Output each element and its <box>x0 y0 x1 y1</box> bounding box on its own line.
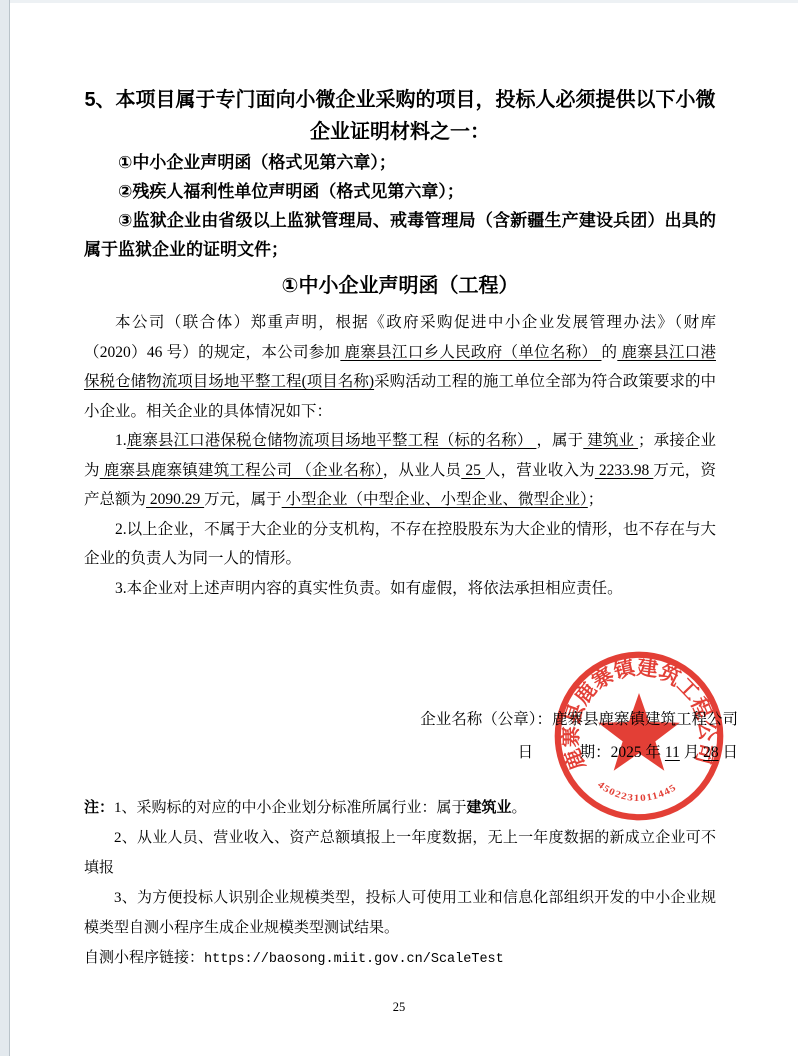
declaration-point-1: 1.鹿寨县江口港保税仓储物流项目场地平整工程（标的名称） ，属于 建筑业 ；承接… <box>84 426 716 515</box>
company-name-value: 鹿寨县鹿寨镇建筑工程公司 <box>552 711 738 728</box>
company-name-line: 企业名称（公章）：鹿寨县鹿寨镇建筑工程公司 <box>84 703 738 736</box>
note-3: 3、为方便投标人识别企业规模类型，投标人可使用工业和信息化部组织开发的中小企业规… <box>84 883 716 943</box>
company-name-label: 企业名称（公章）： <box>420 711 552 728</box>
signature-block: 企业名称（公章）：鹿寨县鹿寨镇建筑工程公司 日 期：2025 年 11 月 28… <box>84 703 738 769</box>
document-page: { "page": { "number": "25" }, "colors": … <box>0 0 798 1056</box>
date-line: 日 期：2025 年 11 月 28 日 <box>84 736 738 769</box>
page-number: 25 <box>0 1000 798 1015</box>
cert-item-1: ①中小企业声明函（格式见第六章）； <box>84 148 716 177</box>
notes-label: 注： <box>84 800 114 816</box>
declaration-point-3: 3.本企业对上述声明内容的真实性负责。如有虚假，将依法承担相应责任。 <box>84 574 716 604</box>
date-value: 2025 年 11 月 28 日 <box>611 744 738 761</box>
date-label: 日 期： <box>518 744 611 761</box>
document-content: 5、本项目属于专门面向小微企业采购的项目，投标人必须提供以下小微企业证明材料之一… <box>0 0 798 975</box>
cert-item-3: ③监狱企业由省级以上监狱管理局、戒毒管理局（含新疆生产建设兵团）出具的属于监狱企… <box>84 206 716 264</box>
declaration-point-2: 2.以上企业，不属于大企业的分支机构，不存在控股股东为大企业的情形，也不存在与大… <box>84 515 716 574</box>
note-2: 2、从业人员、营业收入、资产总额填报上一年度数据，无上一年度数据的新成立企业可不… <box>84 823 716 883</box>
declaration-paragraph-1: 本公司（联合体）郑重声明，根据《政府采购促进中小企业发展管理办法》（财库（202… <box>84 308 716 426</box>
cert-item-2: ②残疾人福利性单位声明函（格式见第六章）； <box>84 177 716 206</box>
miniapp-link-url[interactable]: https://baosong.miit.gov.cn/ScaleTest <box>204 952 504 967</box>
miniapp-link-label: 自测小程序链接： <box>84 950 204 966</box>
section-heading: 5、本项目属于专门面向小微企业采购的项目，投标人必须提供以下小微企业证明材料之一… <box>84 84 716 148</box>
miniapp-link-line: 自测小程序链接：https://baosong.miit.gov.cn/Scal… <box>84 943 716 975</box>
note-1: 注：1、采购标的对应的中小企业划分标准所属行业：属于建筑业。 <box>84 793 716 823</box>
declaration-title: ①中小企业声明函（工程） <box>84 272 716 300</box>
notes-block: 注：1、采购标的对应的中小企业划分标准所属行业：属于建筑业。 2、从业人员、营业… <box>84 793 716 975</box>
